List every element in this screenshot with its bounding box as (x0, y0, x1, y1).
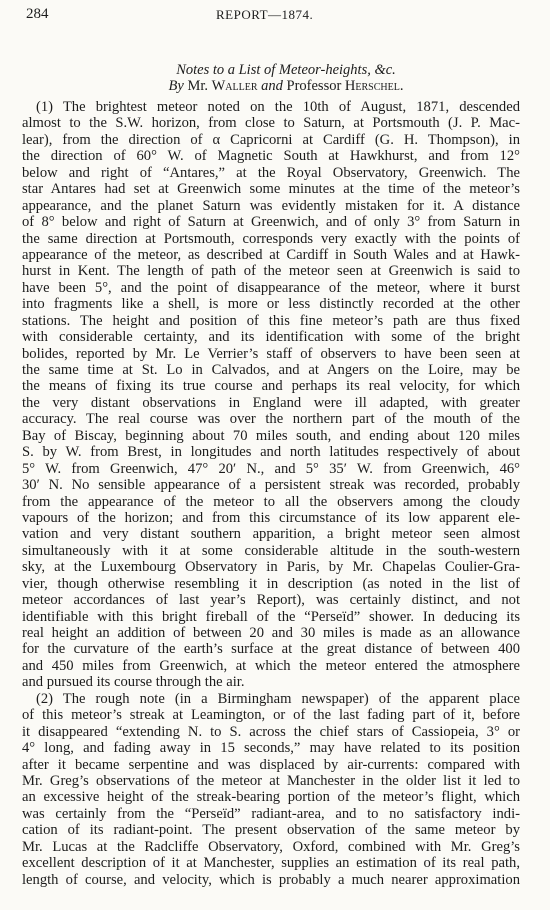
text-line: of 8° below and right of Saturn at Green… (22, 214, 520, 230)
text-line: vier, though otherwise resembling it in … (22, 576, 520, 592)
text-line: cation of its radiant-point. The present… (22, 822, 520, 838)
text-line: Bay of Biscay, beginning about 70 miles … (22, 428, 520, 444)
text-line: lear), from the direction of α Capricorn… (22, 132, 520, 148)
article-title: Notes to a List of Meteor-heights, &c. (0, 62, 550, 78)
text-line: S. by W. from Brest, in longitudes and n… (22, 444, 520, 460)
text-line: the means of fixing its true course and … (22, 378, 520, 394)
text-line: meteor accordances of last year’s Report… (22, 592, 520, 608)
text-line: below and right of “Antares,” at the Roy… (22, 165, 520, 181)
text-line: the very distant observations in England… (22, 395, 520, 411)
text-line: hurst in Kent. The length of path of the… (22, 263, 520, 279)
text-line: an excessive height of the streak-bearin… (22, 789, 520, 805)
text-line: Mr. Greg’s observations of the meteor at… (22, 773, 520, 789)
text-line: and pursued its course through the air. (22, 674, 520, 690)
text-line: have been 5°, and the point of disappear… (22, 280, 520, 296)
text-line: for the curvature of the earth’s surface… (22, 641, 520, 657)
text-line: vation and very distant southern apparit… (22, 526, 520, 542)
byline-professor: Professor (287, 78, 342, 94)
text-line: simultaneously with it at some considera… (22, 543, 520, 559)
text-line: the direction of 60° W. of Magnetic Sout… (22, 148, 520, 164)
text-line: appearance, and the planet Saturn was ev… (22, 198, 520, 214)
text-line: (2) The rough note (in a Birmingham news… (22, 691, 520, 707)
text-line: stations. The height and position of thi… (22, 313, 520, 329)
document-page: 284 REPORT—1874. Notes to a List of Mete… (0, 0, 550, 910)
text-line: excellent description of it at Mancheste… (22, 855, 520, 871)
text-line: with considerable certainty, and its ide… (22, 329, 520, 345)
text-line: after it became serpentine and was displ… (22, 757, 520, 773)
text-line: bolides, reported by Mr. Le Verrier’s st… (22, 346, 520, 362)
text-line: star Antares had set at Greenwich some m… (22, 181, 520, 197)
article-title-block: Notes to a List of Meteor-heights, &c. B… (0, 62, 550, 94)
text-line: accuracy. The real course was over the n… (22, 411, 520, 427)
text-line: and 450 miles from Greenwich, at which t… (22, 658, 520, 674)
text-line: the same direction at Portsmouth, corres… (22, 231, 520, 247)
text-line: identifiable with this bright fireball o… (22, 609, 520, 625)
text-line: of this meteor’s streak at Leamington, o… (22, 707, 520, 723)
text-line: sky, at the Luxembourg Observatory in Pa… (22, 559, 520, 575)
text-line: 4° long, and fading away in 15 seconds,”… (22, 740, 520, 756)
byline-and: and (261, 78, 283, 94)
byline-mr: Mr. (187, 78, 208, 94)
text-line: from the appearance of the meteor to all… (22, 494, 520, 510)
body-text: (1) The brightest meteor noted on the 10… (22, 99, 520, 888)
text-line: 5° W. from Greenwich, 47° 20′ N., and 5°… (22, 461, 520, 477)
text-line: (1) The brightest meteor noted on the 10… (22, 99, 520, 115)
text-line: real height an addition of between 20 an… (22, 625, 520, 641)
page-number: 284 (26, 6, 49, 23)
text-line: was certainly from the “Perseïd” radiant… (22, 806, 520, 822)
text-line: Mr. Lucas at the Radcliffe Observatory, … (22, 839, 520, 855)
author-herschel: Herschel. (345, 78, 404, 94)
text-line: appearance of the meteor, as described a… (22, 247, 520, 263)
text-line: vapours of the horizon; and from this ci… (22, 510, 520, 526)
text-line: the same time at St. Lo in Calvados, and… (22, 362, 520, 378)
author-waller: Waller (212, 78, 258, 94)
text-line: length of course, and velocity, which is… (22, 872, 520, 888)
text-line: 30′ N. No sensible appearance of a persi… (22, 477, 520, 493)
text-line: into fragments like a shell, is more or … (22, 296, 520, 312)
page-header: 284 REPORT—1874. (26, 6, 506, 26)
byline-by: By (169, 78, 184, 94)
text-line: almost to the S.W. horizon, from close t… (22, 115, 520, 131)
article-byline: By Mr. Waller and Professor Herschel. (0, 78, 550, 94)
running-head: REPORT—1874. (216, 7, 313, 23)
text-line: it disappeared “extending N. to S. acros… (22, 724, 520, 740)
